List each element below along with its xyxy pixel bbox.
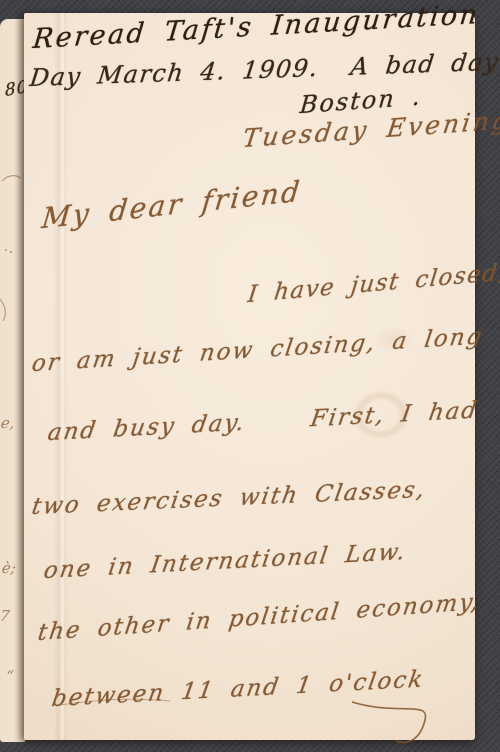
letter-photograph: 80 e, è; 7 “ Reread Taft's Inauguration … xyxy=(0,0,500,752)
ink-fragment: “ xyxy=(5,667,15,685)
ink-fragment: è; xyxy=(1,559,17,577)
ink-fragment: 7 xyxy=(0,607,11,625)
facing-page-edge: 80 e, è; 7 “ xyxy=(0,19,25,742)
stray-ink-marks xyxy=(0,19,25,742)
margin-page-number: 80 xyxy=(5,77,25,101)
ink-fragment: e, xyxy=(0,414,16,432)
